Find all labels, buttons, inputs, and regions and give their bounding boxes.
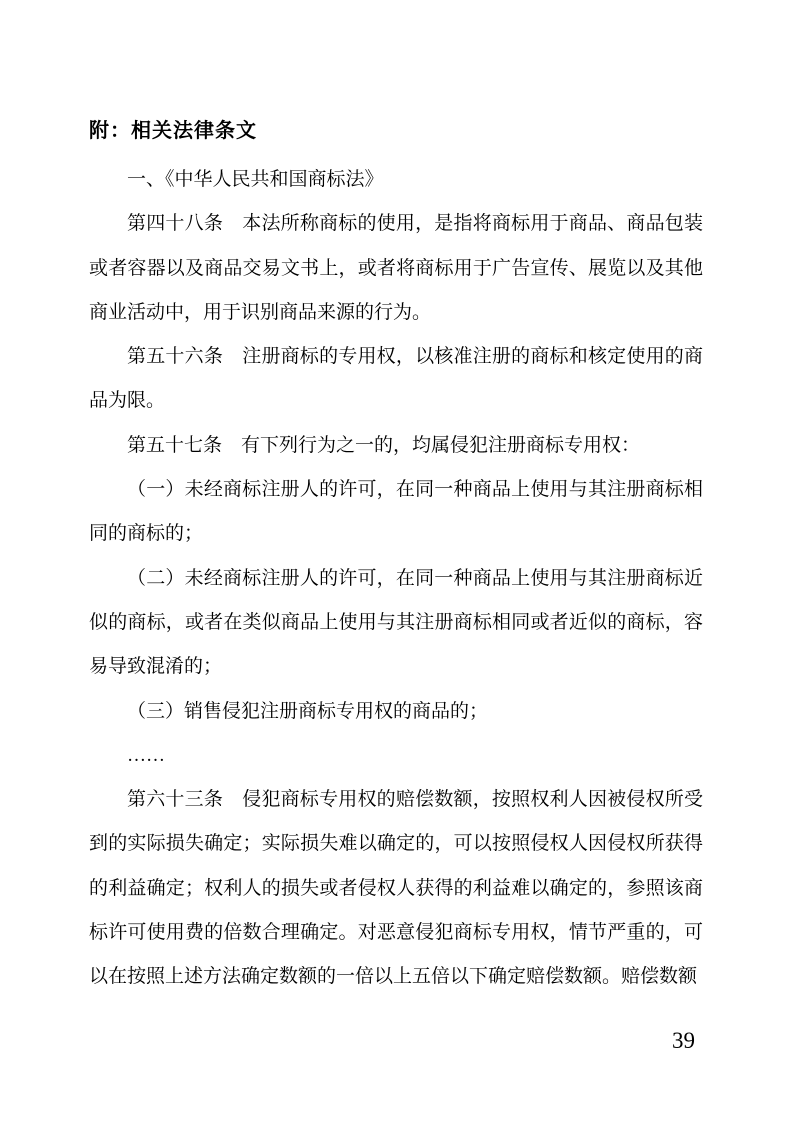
paragraph-list: 第四十八条 本法所称商标的使用，是指将商标用于商品、商品包装或者容器以及商品交易… (89, 202, 703, 999)
body-text: 一、《中华人民共和国商标法》 第四十八条 本法所称商标的使用，是指将商标用于商品… (89, 158, 703, 1000)
paragraph: （一）未经商标注册人的许可，在同一种商品上使用与其注册商标相同的商标的； (89, 468, 703, 557)
page-number: 39 (672, 1026, 695, 1056)
paragraph: 第四十八条 本法所称商标的使用，是指将商标用于商品、商品包装或者容器以及商品交易… (89, 202, 703, 335)
paragraph: 第五十七条 有下列行为之一的，均属侵犯注册商标专用权： (89, 424, 703, 468)
paragraph: （三）销售侵犯注册商标专用权的商品的； (89, 690, 703, 734)
section-heading: 附：相关法律条文 (89, 118, 703, 144)
law-title: 一、《中华人民共和国商标法》 (89, 158, 703, 202)
document-page: 附：相关法律条文 一、《中华人民共和国商标法》 第四十八条 本法所称商标的使用，… (0, 0, 794, 1123)
paragraph: …… (89, 734, 703, 778)
paragraph: （二）未经商标注册人的许可，在同一种商品上使用与其注册商标近似的商标，或者在类似… (89, 557, 703, 690)
document-content: 附：相关法律条文 一、《中华人民共和国商标法》 第四十八条 本法所称商标的使用，… (89, 0, 703, 1000)
paragraph: 第六十三条 侵犯商标专用权的赔偿数额，按照权利人因被侵权所受到的实际损失确定；实… (89, 778, 703, 999)
paragraph: 第五十六条 注册商标的专用权，以核准注册的商标和核定使用的商品为限。 (89, 335, 703, 424)
